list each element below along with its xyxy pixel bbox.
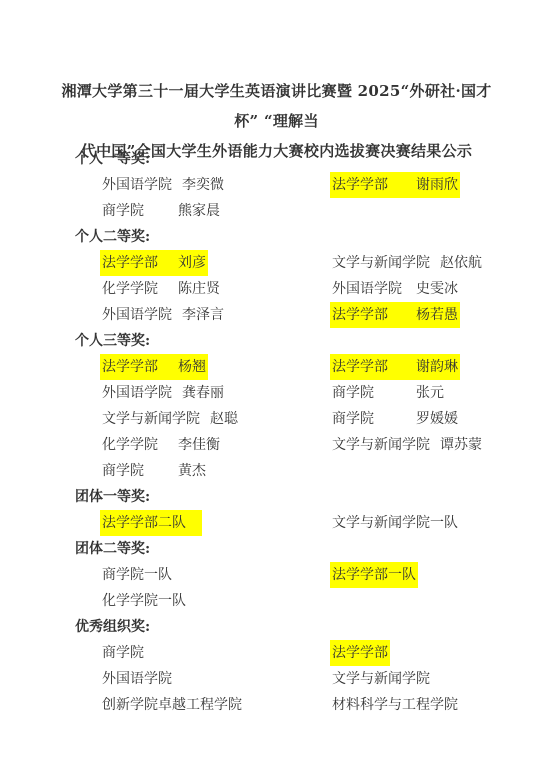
team-name: 法学学部二队 (102, 511, 186, 535)
award-entry: 外国语学院 史雯冰 (330, 276, 460, 302)
organization-name: 创新学院卓越工程学院 (102, 693, 242, 717)
organization-name: 文学与新闻学院 (332, 667, 430, 691)
document-body: 个人一等奖: 外国语学院 李奕微 法学学部 谢雨欣 (75, 146, 523, 718)
person-name: 谢雨欣 (416, 173, 458, 197)
award-entry: 化学学院 李佳衡 (100, 432, 222, 458)
person-name: 龚春丽 (182, 381, 224, 405)
person-name: 陈庄贤 (178, 277, 220, 301)
award-entry-highlighted: 法学学部 刘彦 (100, 250, 208, 276)
section-individual-second-prize: 个人二等奖: 法学学部 刘彦 文学与新闻学院 赵依航 (75, 224, 523, 328)
award-entry-highlighted: 法学学部 谢韵琳 (330, 354, 460, 380)
person-name: 赵依航 (440, 251, 482, 275)
award-entry: 文学与新闻学院 谭苏蒙 (330, 432, 484, 458)
award-entry: 外国语学院 (100, 666, 174, 692)
college-name: 法学学部 (332, 173, 406, 197)
award-row: 化学学院 陈庄贤 外国语学院 史雯冰 (75, 276, 523, 302)
award-row: 外国语学院 李奕微 法学学部 谢雨欣 (75, 172, 523, 198)
award-entry: 文学与新闻学院 赵聪 (100, 406, 240, 432)
person-name: 熊家晨 (178, 199, 220, 223)
college-name: 文学与新闻学院 (332, 251, 430, 275)
section-individual-first-prize: 个人一等奖: 外国语学院 李奕微 法学学部 谢雨欣 (75, 146, 523, 224)
section-heading: 团体一等奖: (75, 484, 523, 510)
award-row: 外国语学院 龚春丽 商学院 张元 (75, 380, 523, 406)
college-name: 商学院 (102, 459, 168, 483)
college-name: 商学院 (102, 199, 168, 223)
organization-name: 法学学部 (332, 641, 388, 665)
team-name: 法学学部一队 (332, 563, 416, 587)
award-entry: 创新学院卓越工程学院 (100, 692, 244, 718)
section-heading: 优秀组织奖: (75, 614, 523, 640)
award-entry-highlighted: 法学学部 杨若愚 (330, 302, 460, 328)
college-name: 商学院 (332, 407, 406, 431)
award-entry: 化学学院一队 (100, 588, 188, 614)
award-entry: 商学院一队 (100, 562, 174, 588)
award-row: 商学院 黄杰 (75, 458, 523, 484)
award-entry-highlighted: 法学学部一队 (330, 562, 418, 588)
award-row: 法学学部 刘彦 文学与新闻学院 赵依航 (75, 250, 523, 276)
person-name: 张元 (416, 381, 444, 405)
section-team-first-prize: 团体一等奖: 法学学部二队 文学与新闻学院一队 (75, 484, 523, 536)
award-entry: 外国语学院 李泽言 (100, 302, 226, 328)
college-name: 外国语学院 (102, 381, 172, 405)
award-entry: 商学院 熊家晨 (100, 198, 222, 224)
section-team-second-prize: 团体二等奖: 商学院一队 法学学部一队 化学学院一队 (75, 536, 523, 614)
person-name: 李佳衡 (178, 433, 220, 457)
award-entry: 商学院 罗媛媛 (330, 406, 460, 432)
team-name: 商学院一队 (102, 563, 172, 587)
person-name: 黄杰 (178, 459, 206, 483)
organization-name: 商学院 (102, 641, 144, 665)
organization-name: 材料科学与工程学院 (332, 693, 458, 717)
title-line-1: 湘潭大学第三十一届大学生英语演讲比赛暨 2025“外研社·国才杯” “理解当 (55, 76, 498, 136)
section-heading: 个人二等奖: (75, 224, 523, 250)
award-row: 文学与新闻学院 赵聪 商学院 罗媛媛 (75, 406, 523, 432)
person-name: 李泽言 (182, 303, 224, 327)
college-name: 法学学部 (332, 303, 406, 327)
award-entry: 文学与新闻学院 赵依航 (330, 250, 484, 276)
section-heading: 团体二等奖: (75, 536, 523, 562)
award-row: 商学院一队 法学学部一队 (75, 562, 523, 588)
person-name: 杨翘 (178, 355, 206, 379)
award-entry: 商学院 黄杰 (100, 458, 208, 484)
person-name: 赵聪 (210, 407, 238, 431)
award-row: 商学院 法学学部 (75, 640, 523, 666)
team-name: 化学学院一队 (102, 589, 186, 613)
organization-name: 外国语学院 (102, 667, 172, 691)
college-name: 化学学院 (102, 277, 168, 301)
award-entry: 文学与新闻学院一队 (330, 510, 460, 536)
college-name: 文学与新闻学院 (102, 407, 200, 431)
award-entry: 材料科学与工程学院 (330, 692, 460, 718)
college-name: 文学与新闻学院 (332, 433, 430, 457)
award-row: 化学学院 李佳衡 文学与新闻学院 谭苏蒙 (75, 432, 523, 458)
award-entry-highlighted: 法学学部 (330, 640, 390, 666)
person-name: 杨若愚 (416, 303, 458, 327)
college-name: 化学学院 (102, 433, 168, 457)
award-row: 创新学院卓越工程学院 材料科学与工程学院 (75, 692, 523, 718)
college-name: 法学学部 (102, 251, 168, 275)
award-entry-highlighted: 法学学部 杨翘 (100, 354, 208, 380)
college-name: 商学院 (332, 381, 406, 405)
person-name: 史雯冰 (416, 277, 458, 301)
team-name: 文学与新闻学院一队 (332, 511, 458, 535)
college-name: 法学学部 (102, 355, 168, 379)
college-name: 外国语学院 (102, 173, 172, 197)
award-row: 外国语学院 文学与新闻学院 (75, 666, 523, 692)
award-row: 法学学部 杨翘 法学学部 谢韵琳 (75, 354, 523, 380)
award-row: 外国语学院 李泽言 法学学部 杨若愚 (75, 302, 523, 328)
section-heading: 个人一等奖: (75, 146, 523, 172)
person-name: 谢韵琳 (416, 355, 458, 379)
award-entry: 文学与新闻学院 (330, 666, 432, 692)
college-name: 外国语学院 (102, 303, 172, 327)
person-name: 罗媛媛 (416, 407, 458, 431)
person-name: 谭苏蒙 (440, 433, 482, 457)
section-excellent-organization-award: 优秀组织奖: 商学院 法学学部 外国语学院 (75, 614, 523, 718)
award-entry: 商学院 (100, 640, 146, 666)
award-row: 化学学院一队 (75, 588, 523, 614)
award-entry-highlighted: 法学学部 谢雨欣 (330, 172, 460, 198)
award-entry: 外国语学院 龚春丽 (100, 380, 226, 406)
person-name: 刘彦 (178, 251, 206, 275)
award-entry: 商学院 张元 (330, 380, 446, 406)
award-entry: 化学学院 陈庄贤 (100, 276, 222, 302)
award-row: 法学学部二队 文学与新闻学院一队 (75, 510, 523, 536)
section-heading: 个人三等奖: (75, 328, 523, 354)
award-row: 商学院 熊家晨 (75, 198, 523, 224)
section-individual-third-prize: 个人三等奖: 法学学部 杨翘 法学学部 谢韵琳 (75, 328, 523, 484)
person-name: 李奕微 (182, 173, 224, 197)
college-name: 法学学部 (332, 355, 406, 379)
award-entry-highlighted: 法学学部二队 (100, 510, 202, 536)
award-entry: 外国语学院 李奕微 (100, 172, 226, 198)
document-page: 湘潭大学第三十一届大学生英语演讲比赛暨 2025“外研社·国才杯” “理解当 代… (0, 0, 553, 782)
college-name: 外国语学院 (332, 277, 406, 301)
